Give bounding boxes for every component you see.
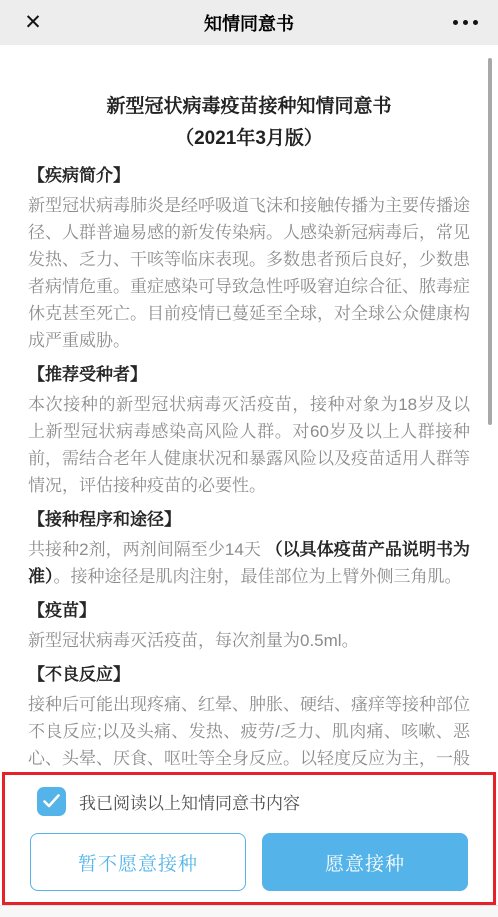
decline-vaccination-button[interactable]: 暂不愿意接种 — [30, 833, 246, 891]
checkmark-icon — [43, 794, 60, 808]
section-procedure-route: 【接种程序和途径】 共接种2剂，两剂间隔至少14天 （以具体疫苗产品说明书为准）… — [28, 506, 470, 590]
bottom-safe-area — [0, 905, 498, 917]
section-body: 共接种2剂，两剂间隔至少14天 （以具体疫苗产品说明书为准）。接种途径是肌肉注射… — [28, 536, 470, 590]
consent-document: 新型冠状病毒疫苗接种知情同意书 （2021年3月版） 【疾病简介】 新型冠状病毒… — [0, 45, 498, 772]
section-body: 接种后可能出现疼痛、红晕、肿胀、硬结、瘙痒等接种部位不良反应;以及头痛、发热、疲… — [28, 691, 470, 772]
section-body: 新型冠状病毒肺炎是经呼吸道飞沫和接触传播为主要传播途径、人群普遍易感的新发传染病… — [28, 192, 470, 354]
document-title: 新型冠状病毒疫苗接种知情同意书 （2021年3月版） — [28, 91, 470, 155]
section-body: 本次接种的新型冠状病毒灭活疫苗，接种对象为18岁及以上新型冠状病毒感染高风险人群… — [28, 391, 470, 499]
close-icon[interactable]: ✕ — [18, 8, 48, 38]
document-title-line2: （2021年3月版） — [28, 123, 470, 155]
consent-action-panel: 我已阅读以上知情同意书内容 暂不愿意接种 愿意接种 — [2, 772, 496, 905]
section-heading: 【疾病简介】 — [28, 162, 470, 189]
scrollbar-thumb[interactable] — [488, 58, 492, 425]
section-body: 新型冠状病毒灭活疫苗，每次剂量为0.5ml。 — [28, 627, 470, 654]
document-title-line1: 新型冠状病毒疫苗接种知情同意书 — [28, 91, 470, 123]
more-menu-icon[interactable] — [451, 8, 480, 38]
section-recommended-recipients: 【推荐受种者】 本次接种的新型冠状病毒灭活疫苗，接种对象为18岁及以上新型冠状病… — [28, 361, 470, 499]
accept-vaccination-button[interactable]: 愿意接种 — [262, 833, 468, 891]
page-title: 知情同意书 — [0, 10, 498, 36]
read-confirmation-checkbox[interactable] — [37, 787, 66, 816]
read-confirmation-label: 我已阅读以上知情同意书内容 — [79, 789, 300, 814]
action-buttons: 暂不愿意接种 愿意接种 — [30, 833, 468, 891]
section-heading: 【不良反应】 — [28, 661, 470, 688]
section-heading: 【疫苗】 — [28, 597, 470, 624]
section-heading: 【接种程序和途径】 — [28, 506, 470, 533]
section-vaccine: 【疫苗】 新型冠状病毒灭活疫苗，每次剂量为0.5ml。 — [28, 597, 470, 654]
read-confirmation-row[interactable]: 我已阅读以上知情同意书内容 — [37, 786, 468, 816]
app-header: ✕ 知情同意书 — [0, 0, 498, 45]
section-disease-intro: 【疾病简介】 新型冠状病毒肺炎是经呼吸道飞沫和接触传播为主要传播途径、人群普遍易… — [28, 162, 470, 354]
section-adverse-reactions: 【不良反应】 接种后可能出现疼痛、红晕、肿胀、硬结、瘙痒等接种部位不良反应;以及… — [28, 661, 470, 772]
section-heading: 【推荐受种者】 — [28, 361, 470, 388]
